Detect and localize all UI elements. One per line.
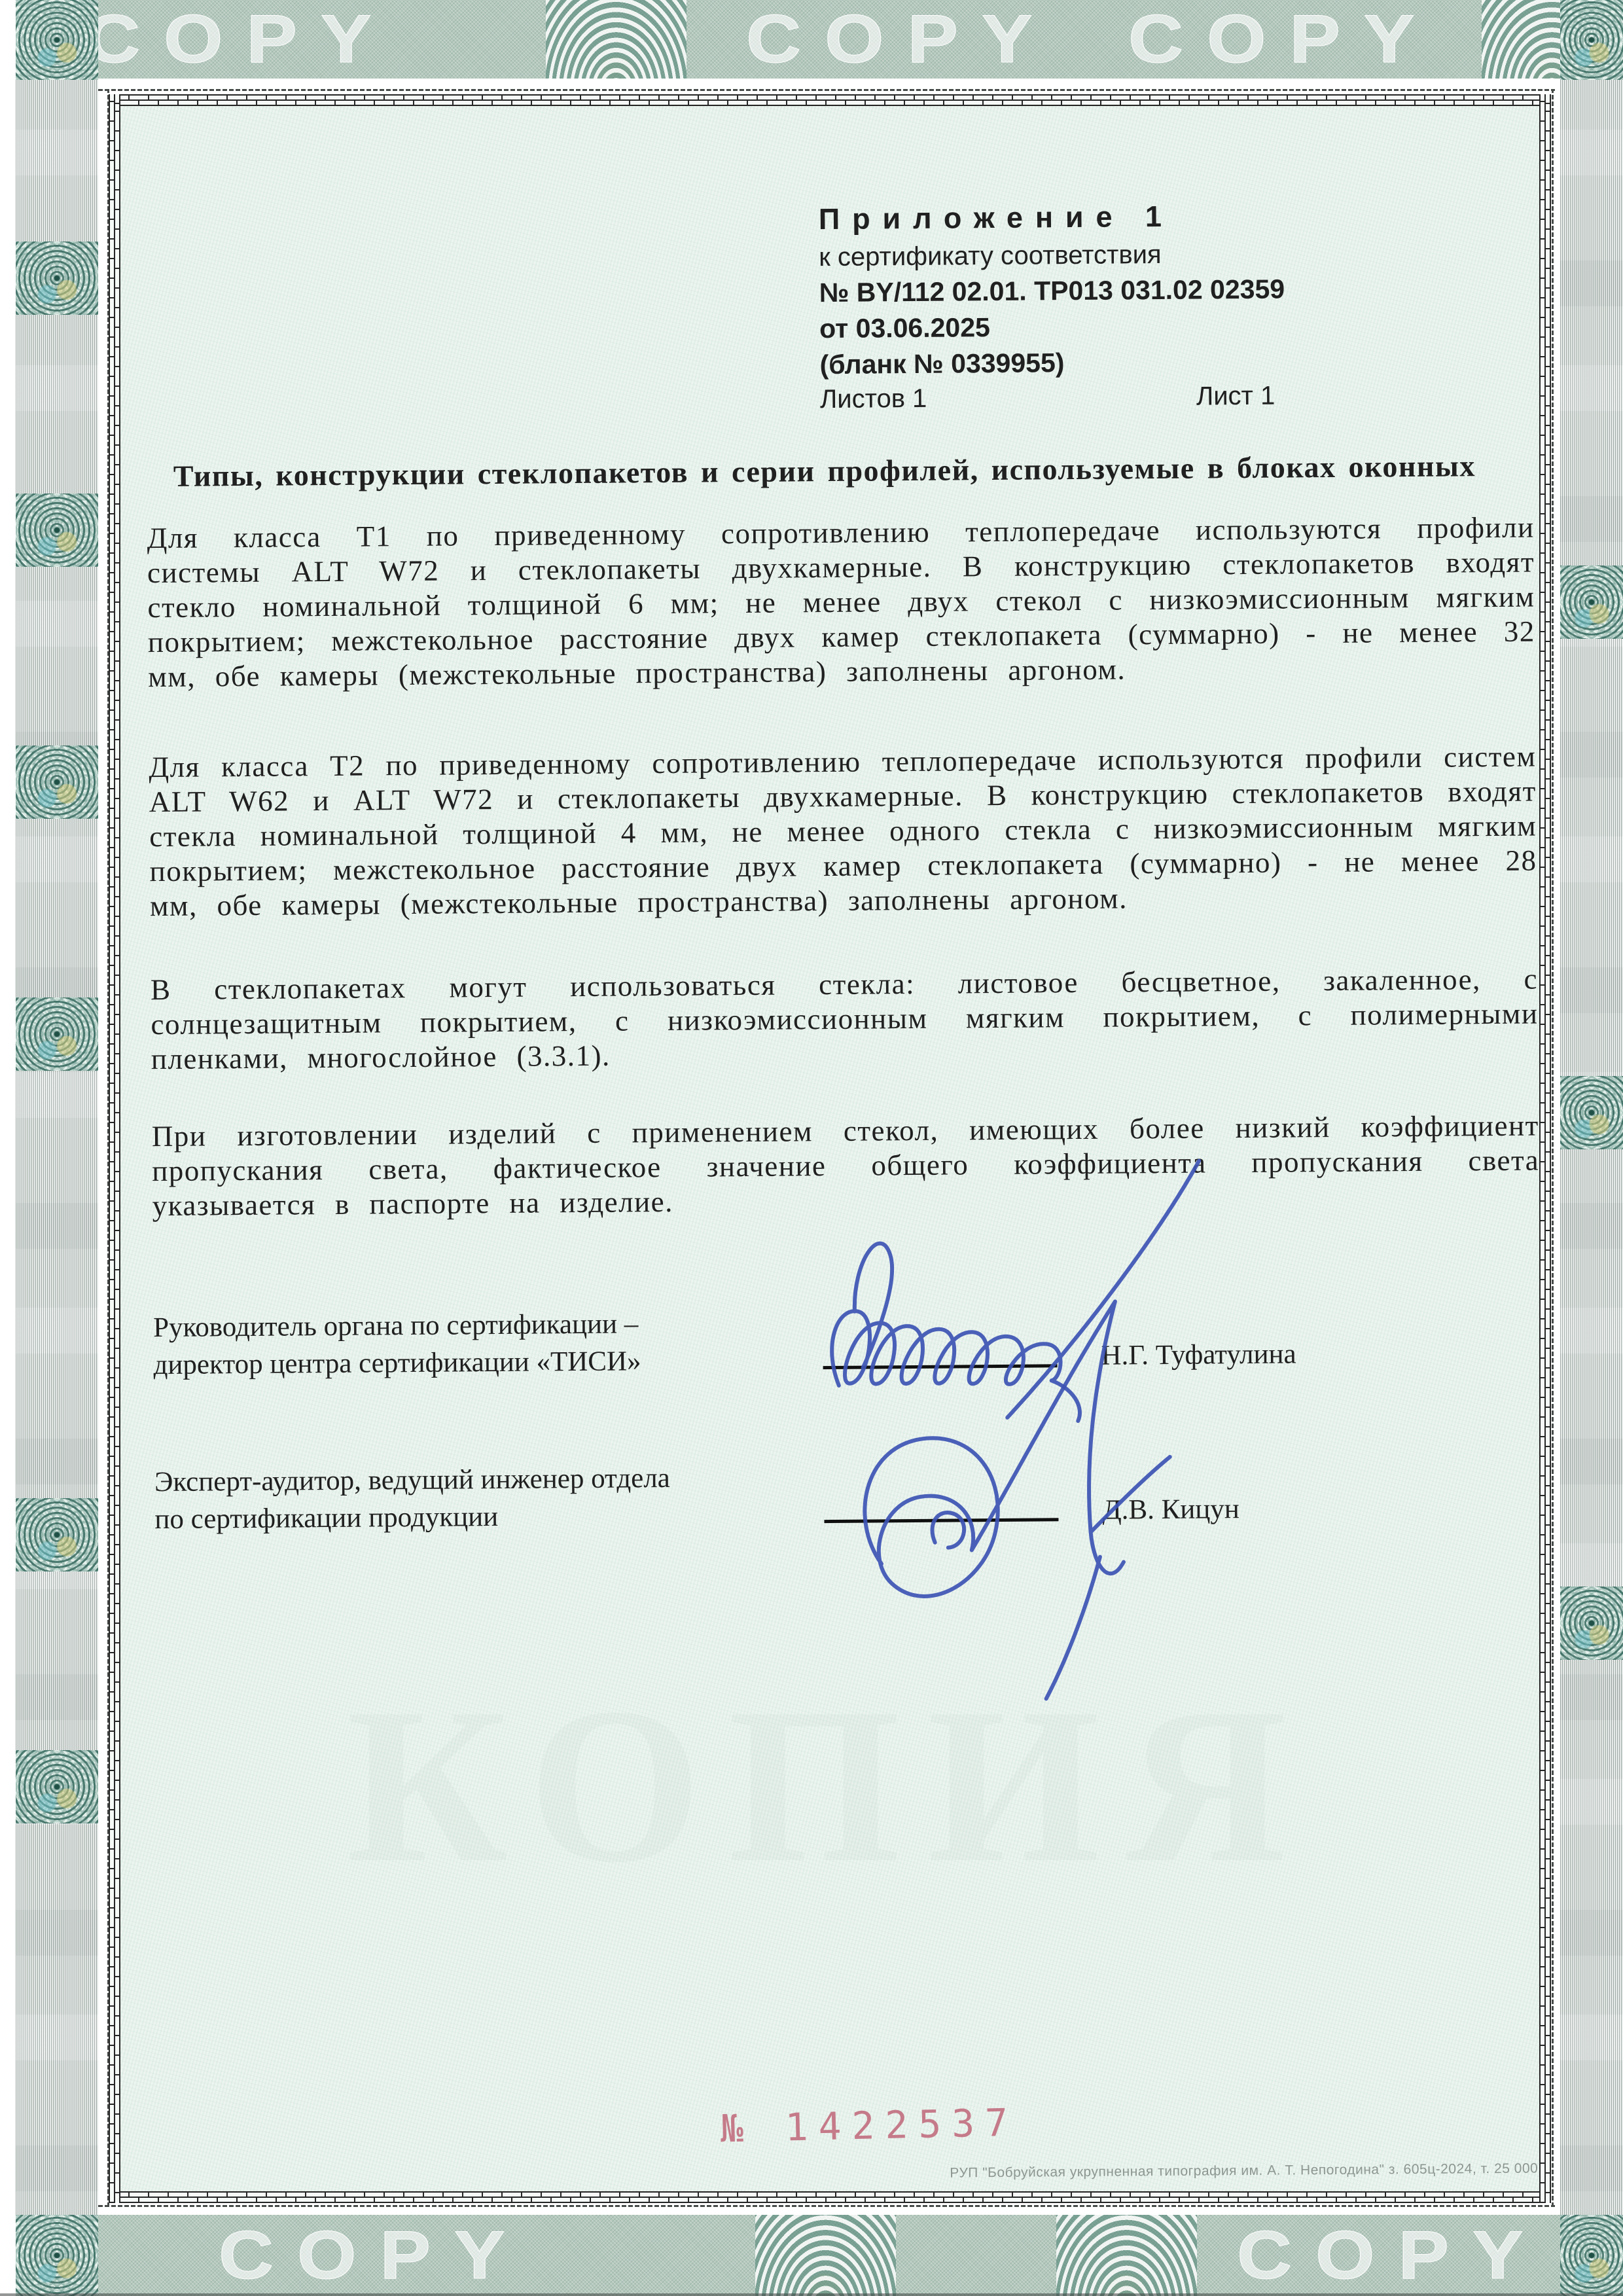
guilloche-arch [755, 2215, 896, 2296]
signatory-name-2: Д.В. Кицун [1102, 1493, 1240, 1526]
microprint-line-right [1552, 89, 1554, 2207]
copy-watermark-text: COPY [219, 2215, 528, 2296]
document-content: Приложение 1 к сертификату соответствия … [120, 106, 1539, 2191]
serial-number-stamp: №1422537 [720, 2100, 1019, 2151]
guilloche-rosette [16, 493, 98, 567]
guilloche-band-bottom: COPY COPY [16, 2215, 1623, 2296]
certificate-date: от 03.06.2025 [819, 311, 990, 345]
paragraph-light-transmission: При изготовлении изделий с применением с… [152, 1108, 1539, 1223]
guilloche-rosette [16, 745, 98, 819]
copy-watermark-text: COPY [746, 0, 1056, 79]
serial-prefix: № [720, 2106, 743, 2151]
serial-digits: 1422537 [785, 2100, 1019, 2150]
guilloche-rosette [16, 1750, 98, 1823]
brick-border-top [109, 94, 1551, 106]
brick-border-right [1539, 94, 1551, 2203]
guilloche-rosette [16, 997, 98, 1071]
brick-border-left [109, 94, 120, 2203]
document-title: Типы, конструкции стеклопакетов и серии … [120, 448, 1534, 494]
microprint-line-bottom [98, 2205, 1555, 2207]
paragraph-class-t2: Для класса Т2 по приведенному сопротивле… [149, 740, 1537, 924]
certificate-subtitle: к сертификату соответствия [819, 238, 1162, 274]
certificate-body: КОПИЯ Приложение 1 к сертификату соответ… [120, 106, 1539, 2191]
guilloche-arch [1056, 2215, 1197, 2296]
guilloche-rosette-corner [16, 2215, 98, 2296]
copy-watermark-text: COPY [1237, 2215, 1546, 2296]
certificate-number: № BY/112 02.01. ТР013 031.02 02359 [819, 273, 1285, 310]
certificate-page: COPY COPY COPY COPY COPY КОПИЯ Прило [0, 0, 1623, 2296]
guilloche-band-left [16, 0, 98, 2296]
guilloche-rosette-corner [1560, 0, 1623, 80]
guilloche-rosette [1560, 1076, 1623, 1149]
signature-line-1 [823, 1364, 1058, 1369]
guilloche-rosette-corner [16, 0, 98, 80]
copy-watermark-text: COPY [85, 0, 395, 79]
guilloche-band-top: COPY COPY COPY [16, 0, 1623, 79]
signatory-role-1: Руководитель органа по сертификации – ди… [153, 1305, 641, 1384]
appendix-title: Приложение 1 [819, 200, 1174, 236]
signatory-name-1: Н.Г. Туфатулина [1101, 1338, 1296, 1371]
brick-border-bottom [109, 2191, 1551, 2203]
guilloche-rosette [16, 1498, 98, 1571]
sheet-count-row: Листов 1 Лист 1 [820, 382, 927, 416]
paragraph-glass-types: В стеклопакетах могут использоваться сте… [151, 961, 1539, 1077]
guilloche-rosette [1560, 565, 1623, 639]
sheet-current: Лист 1 [1196, 380, 1275, 413]
guilloche-rosette [16, 242, 98, 315]
guilloche-arch [546, 0, 687, 79]
signatory-role-2: Эксперт-аудитор, ведущий инженер отдела … [154, 1460, 671, 1538]
blank-number: (бланк № 0339955) [819, 346, 1064, 381]
signature-line-2 [824, 1518, 1058, 1523]
sheets-total: Листов 1 [820, 384, 927, 414]
microprint-line-top [98, 89, 1555, 91]
scan-edge [0, 2293, 1623, 2296]
guilloche-rosette-corner [1560, 2215, 1623, 2296]
paragraph-class-t1: Для класса Т1 по приведенному сопротивле… [147, 511, 1535, 695]
copy-watermark-text: COPY [1128, 0, 1438, 79]
printer-note: РУП "Бобруйская укрупненная типография и… [950, 2161, 1538, 2181]
guilloche-rosette [1560, 1587, 1623, 1660]
